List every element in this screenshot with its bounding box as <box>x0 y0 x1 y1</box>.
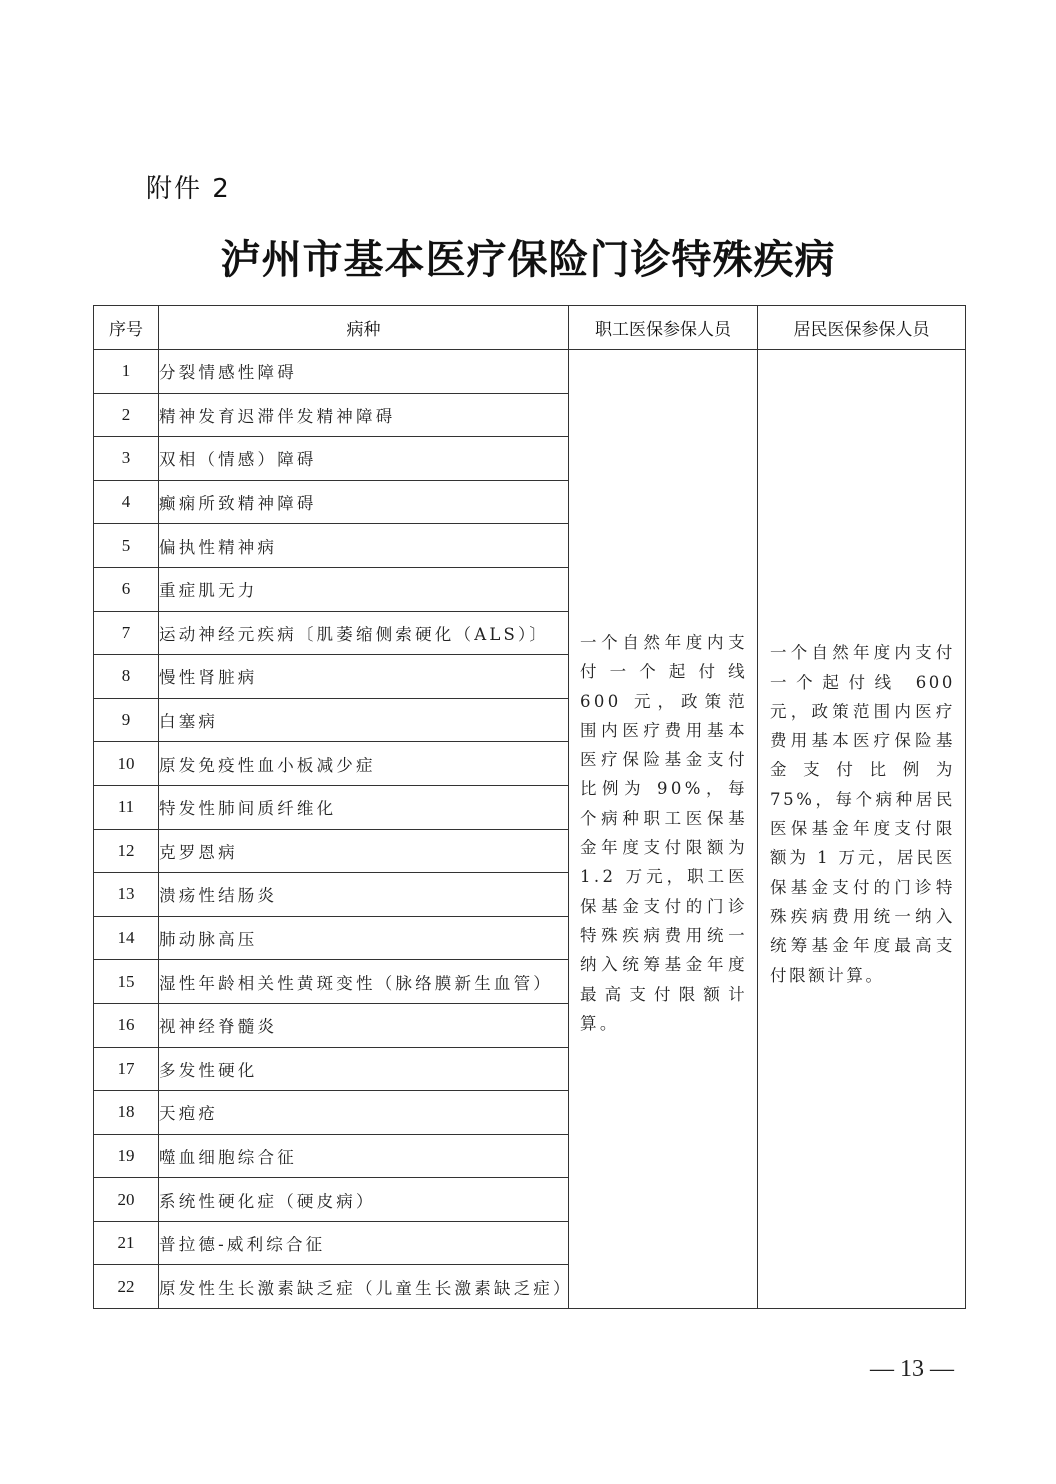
row-number: 12 <box>94 829 159 873</box>
resident-policy-text: 一个自然年度内支付一个起付线 600 元，政策范围内医疗费用基本医疗保险基金支付… <box>770 638 955 990</box>
row-number: 4 <box>94 480 159 524</box>
disease-name: 系统性硬化症（硬皮病） <box>159 1178 569 1222</box>
disease-name: 偏执性精神病 <box>159 524 569 568</box>
disease-name: 原发免疫性血小板减少症 <box>159 742 569 786</box>
page-title: 泸州市基本医疗保险门诊特殊疾病 <box>0 228 1056 285</box>
row-number: 14 <box>94 916 159 960</box>
disease-table: 序号 病种 职工医保参保人员 居民医保参保人员 1 分裂情感性障碍 一个自然年度… <box>93 305 966 1309</box>
disease-name: 分裂情感性障碍 <box>159 350 569 394</box>
row-number: 13 <box>94 873 159 917</box>
table-row: 1 分裂情感性障碍 一个自然年度内支付一个起付线 600 元，政策范围内医疗费用… <box>94 350 966 394</box>
row-number: 21 <box>94 1221 159 1265</box>
disease-name: 白塞病 <box>159 698 569 742</box>
row-number: 2 <box>94 393 159 437</box>
row-number: 15 <box>94 960 159 1004</box>
disease-name: 癫痫所致精神障碍 <box>159 480 569 524</box>
disease-name: 视神经脊髓炎 <box>159 1003 569 1047</box>
row-number: 3 <box>94 437 159 481</box>
row-number: 22 <box>94 1265 159 1309</box>
disease-name: 重症肌无力 <box>159 567 569 611</box>
resident-policy-cell: 一个自然年度内支付一个起付线 600 元，政策范围内医疗费用基本医疗保险基金支付… <box>758 350 966 1309</box>
employee-policy-text: 一个自然年度内支付一个起付线 600 元，政策范围内医疗费用基本医疗保险基金支付… <box>580 628 748 1038</box>
row-number: 18 <box>94 1091 159 1135</box>
header-employee: 职工医保参保人员 <box>569 306 758 350</box>
disease-name: 原发性生长激素缺乏症（儿童生长激素缺乏症） <box>159 1265 569 1309</box>
row-number: 7 <box>94 611 159 655</box>
disease-name: 湿性年龄相关性黄斑变性（脉络膜新生血管） <box>159 960 569 1004</box>
row-number: 6 <box>94 567 159 611</box>
header-no: 序号 <box>94 306 159 350</box>
row-number: 16 <box>94 1003 159 1047</box>
disease-name: 多发性硬化 <box>159 1047 569 1091</box>
disease-name: 溃疡性结肠炎 <box>159 873 569 917</box>
row-number: 11 <box>94 785 159 829</box>
disease-name: 天疱疮 <box>159 1091 569 1135</box>
row-number: 17 <box>94 1047 159 1091</box>
attachment-label: 附件 2 <box>146 168 231 205</box>
disease-name: 噬血细胞综合征 <box>159 1134 569 1178</box>
table-header-row: 序号 病种 职工医保参保人员 居民医保参保人员 <box>94 306 966 350</box>
disease-name: 普拉德-威利综合征 <box>159 1221 569 1265</box>
row-number: 1 <box>94 350 159 394</box>
row-number: 20 <box>94 1178 159 1222</box>
header-resident: 居民医保参保人员 <box>758 306 966 350</box>
disease-name: 慢性肾脏病 <box>159 655 569 699</box>
row-number: 5 <box>94 524 159 568</box>
disease-name: 精神发育迟滞伴发精神障碍 <box>159 393 569 437</box>
disease-name: 特发性肺间质纤维化 <box>159 785 569 829</box>
disease-name: 肺动脉高压 <box>159 916 569 960</box>
disease-name: 双相（情感）障碍 <box>159 437 569 481</box>
row-number: 9 <box>94 698 159 742</box>
disease-name: 克罗恩病 <box>159 829 569 873</box>
employee-policy-cell: 一个自然年度内支付一个起付线 600 元，政策范围内医疗费用基本医疗保险基金支付… <box>569 350 758 1309</box>
row-number: 19 <box>94 1134 159 1178</box>
page-number: — 13 — <box>870 1356 954 1383</box>
row-number: 8 <box>94 655 159 699</box>
header-disease: 病种 <box>159 306 569 350</box>
row-number: 10 <box>94 742 159 786</box>
disease-name: 运动神经元疾病〔肌萎缩侧索硬化（ALS）〕 <box>159 611 569 655</box>
